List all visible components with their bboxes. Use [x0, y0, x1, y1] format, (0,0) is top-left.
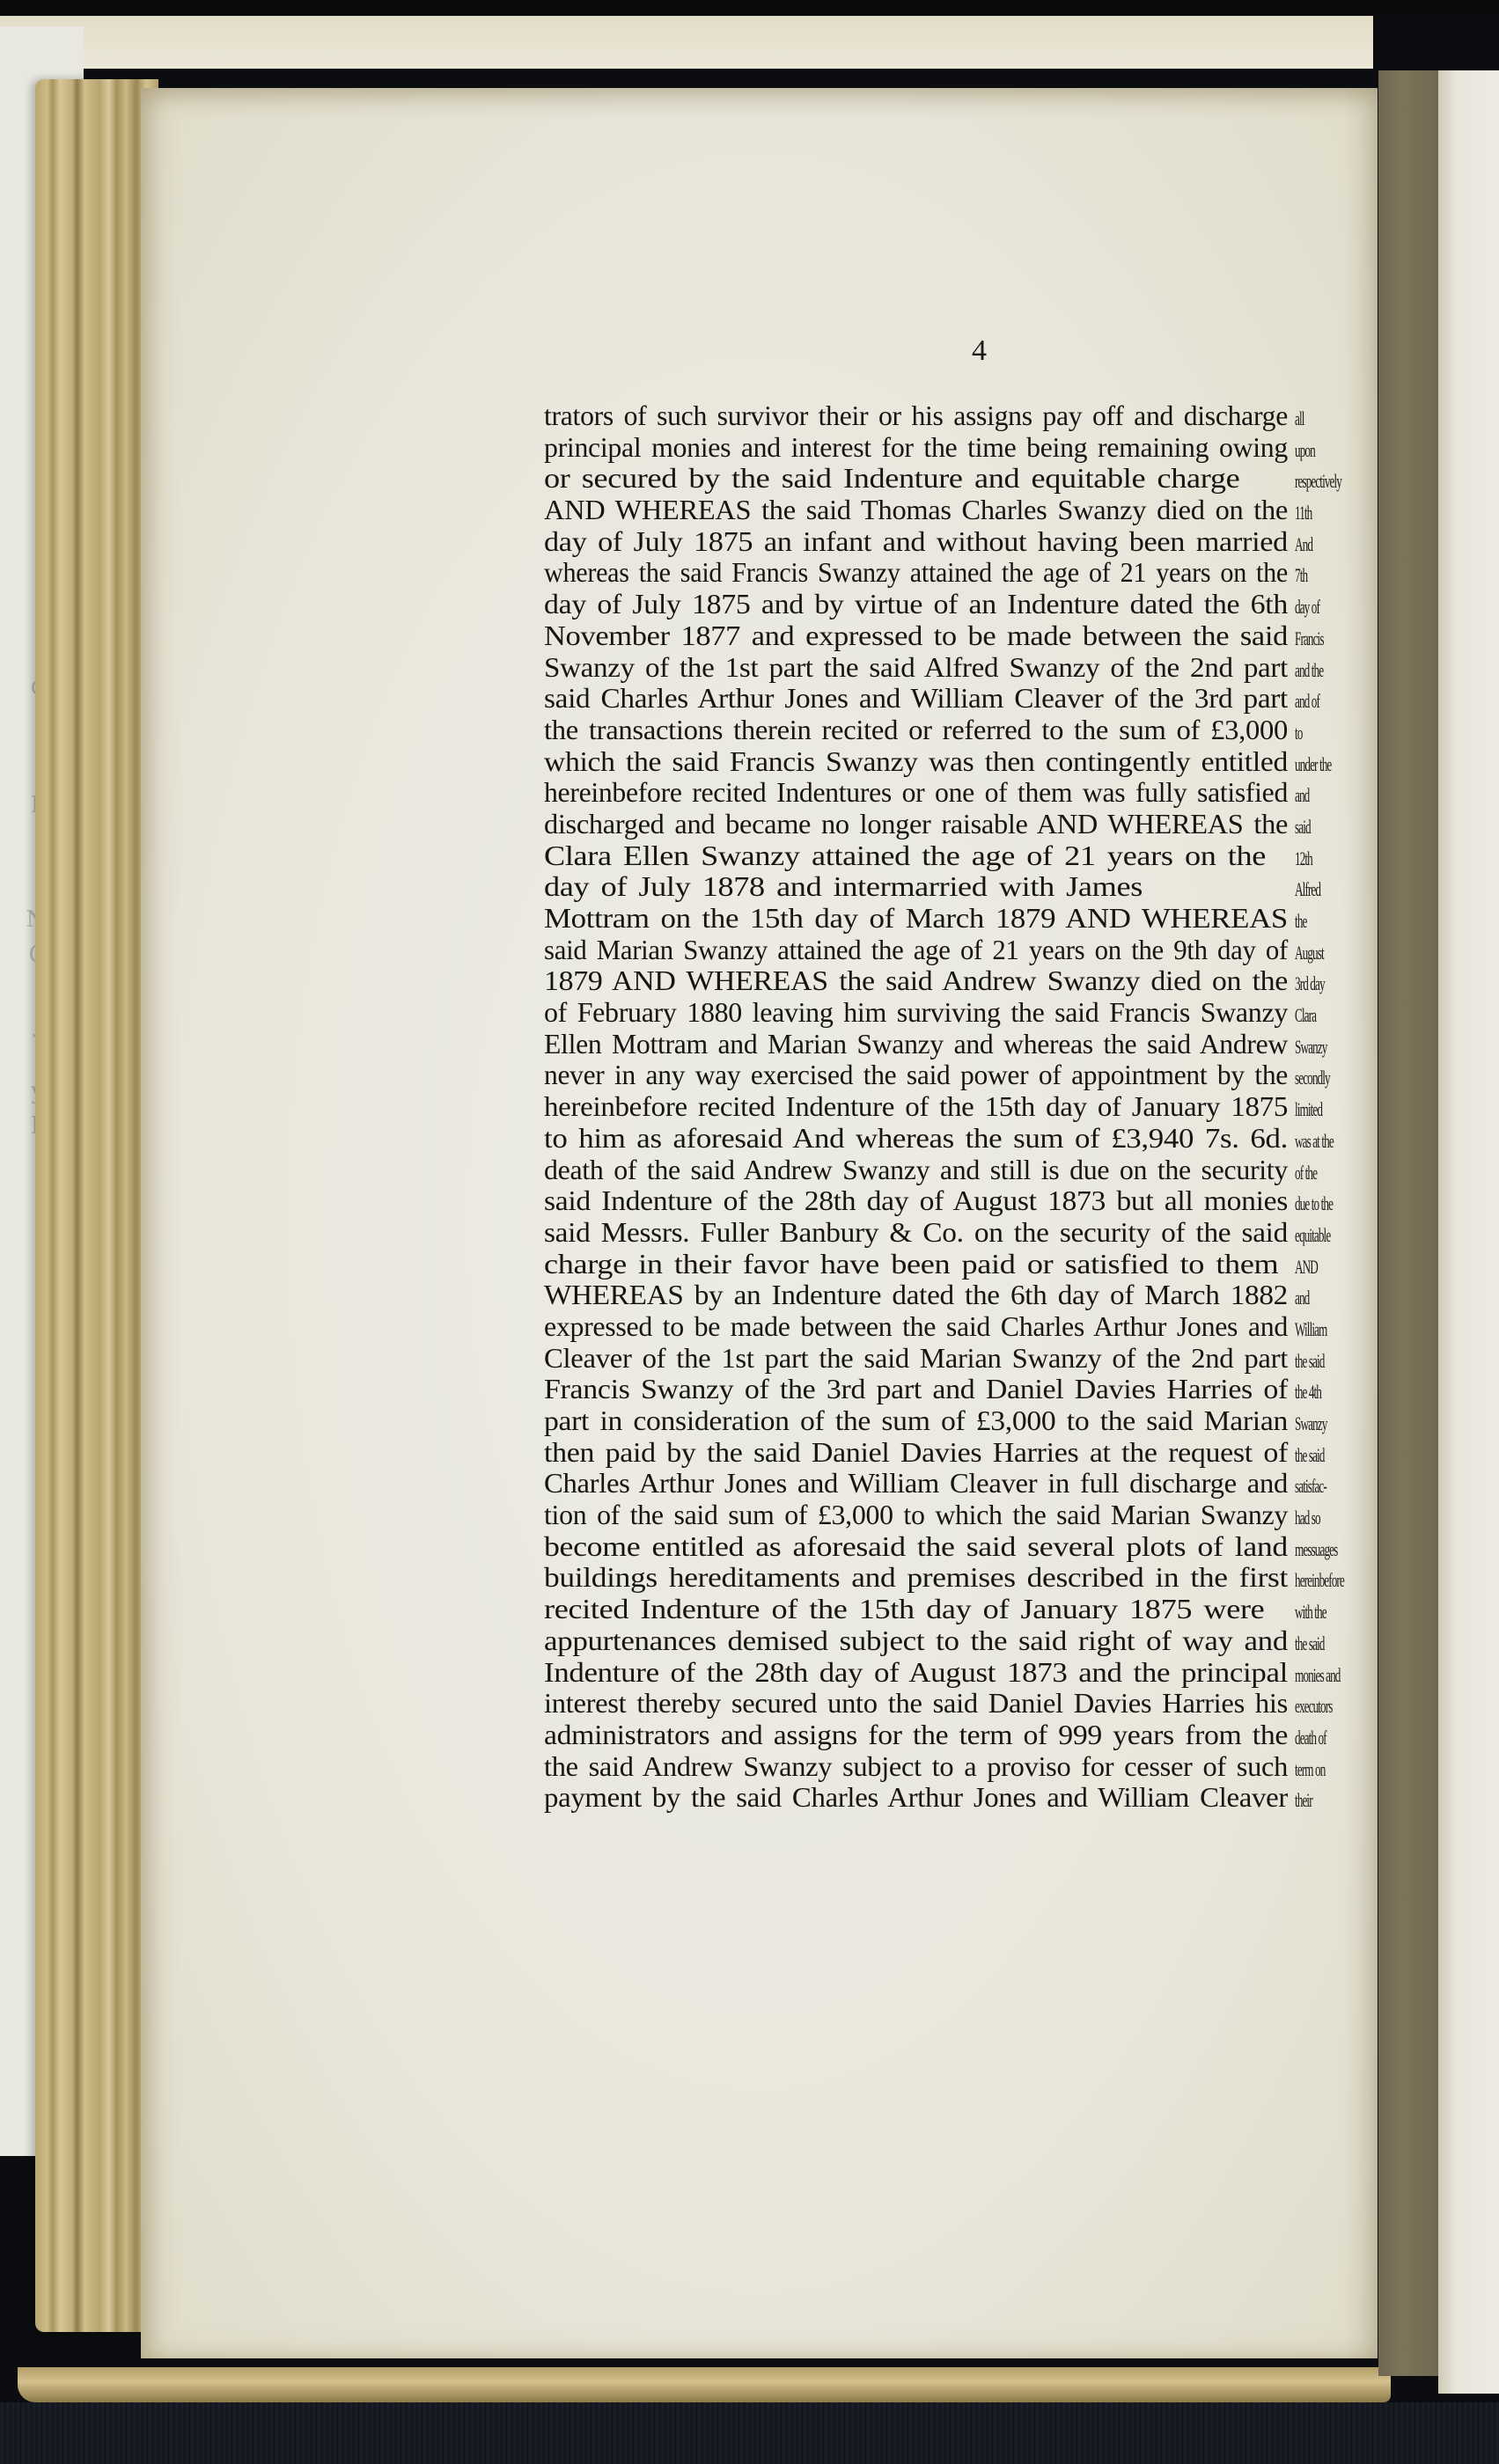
line-gutter-text: limited [1295, 1098, 1322, 1121]
text-line: appurtenances demised subject to the sai… [544, 1625, 1380, 1657]
line-text: Ellen Mottram and Marian Swanzy and wher… [544, 1029, 1288, 1060]
line-gutter-text: monies and [1295, 1664, 1340, 1687]
line-gutter-text: 3rd day [1295, 972, 1325, 995]
text-line: Cleaver of the 1st part the said Marian … [544, 1343, 1380, 1375]
text-line: November 1877 and expressed to be made b… [544, 620, 1380, 652]
text-line: Charles Arthur Jones and William Cleaver… [544, 1468, 1380, 1500]
text-line: said Charles Arthur Jones and William Cl… [544, 683, 1380, 715]
text-line: tion of the said sum of £3,000 to which … [544, 1500, 1380, 1531]
line-gutter-text: William [1295, 1318, 1326, 1341]
top-page-edge [0, 16, 1373, 69]
line-text: discharged and became no longer raisable… [544, 809, 1288, 840]
line-text: or secured by the said Indenture and equ… [544, 463, 1288, 495]
line-gutter-text: had so [1295, 1507, 1320, 1529]
text-line: said Marian Swanzy attained the age of 2… [544, 935, 1380, 966]
line-gutter-text: hereinbefore [1295, 1569, 1344, 1592]
stacked-page-edges [35, 79, 158, 2332]
text-line: the transactions therein recited or refe… [544, 715, 1380, 746]
text-line: part in consideration of the sum of £3,0… [544, 1405, 1380, 1437]
text-line: Indenture of the 28th day of August 1873… [544, 1657, 1380, 1689]
line-gutter-text: secondly [1295, 1067, 1330, 1089]
text-line: of February 1880 leaving him surviving t… [544, 997, 1380, 1029]
line-gutter-text: said [1295, 816, 1311, 839]
line-gutter-text: Swanzy [1295, 1412, 1326, 1435]
line-gutter-text: August [1295, 942, 1324, 964]
text-line: hereinbefore recited Indenture of the 15… [544, 1091, 1380, 1123]
line-text: payment by the said Charles Arthur Jones… [544, 1782, 1288, 1814]
text-line: Mottram on the 15th day of March 1879 AN… [544, 903, 1380, 935]
text-line: 1879 AND WHEREAS the said Andrew Swanzy … [544, 965, 1380, 997]
line-text: whereas the said Francis Swanzy attained… [544, 557, 1288, 589]
line-gutter-text: AND [1295, 1256, 1318, 1279]
line-text: said Marian Swanzy attained the age of 2… [544, 935, 1288, 966]
text-line: discharged and became no longer raisable… [544, 809, 1380, 840]
line-text: Francis Swanzy of the 3rd part and Danie… [544, 1374, 1288, 1405]
line-text: administrators and assigns for the term … [544, 1720, 1288, 1751]
line-gutter-text: and [1295, 1287, 1309, 1309]
line-text: expressed to be made between the said Ch… [544, 1311, 1288, 1343]
line-text: tion of the said sum of £3,000 to which … [544, 1500, 1288, 1531]
text-line: recited Indenture of the 15th day of Jan… [544, 1594, 1380, 1625]
line-text: Cleaver of the 1st part the said Marian … [544, 1343, 1288, 1375]
line-text: the transactions therein recited or refe… [544, 715, 1288, 746]
line-text: which the said Francis Swanzy was then c… [544, 746, 1288, 778]
line-text: hereinbefore recited Indentures or one o… [544, 777, 1288, 809]
line-gutter-text: the said [1295, 1350, 1324, 1373]
bottom-page-edges [18, 2367, 1391, 2402]
line-text: day of July 1875 an infant and without h… [544, 526, 1288, 558]
line-text: become entitled as aforesaid the said se… [544, 1531, 1288, 1563]
line-text: to him as aforesaid And whereas the sum … [544, 1123, 1288, 1155]
text-line: Ellen Mottram and Marian Swanzy and wher… [544, 1029, 1380, 1060]
line-text: recited Indenture of the 15th day of Jan… [544, 1594, 1288, 1625]
book-cover-cloth [0, 2402, 1499, 2464]
line-gutter-text: under the [1295, 753, 1331, 776]
document-body: trators of such survivor their or his as… [544, 400, 1380, 1814]
line-gutter-text: the [1295, 910, 1306, 933]
line-gutter-text: the said [1295, 1444, 1324, 1467]
text-line: Clara Ellen Swanzy attained the age of 2… [544, 840, 1380, 872]
line-text: death of the said Andrew Swanzy and stil… [544, 1155, 1288, 1186]
text-line: Swanzy of the 1st part the said Alfred S… [544, 652, 1380, 684]
line-text: AND WHEREAS the said Thomas Charles Swan… [544, 495, 1288, 526]
text-line: charge in their favor have been paid or … [544, 1249, 1380, 1280]
line-text: of February 1880 leaving him surviving t… [544, 997, 1288, 1029]
line-text: day of July 1878 and intermarried with J… [544, 871, 1288, 903]
line-gutter-text: 12th [1295, 847, 1312, 870]
line-text: never in any way exercised the said powe… [544, 1060, 1288, 1091]
line-gutter-text: of the [1295, 1162, 1317, 1184]
line-gutter-text: the said [1295, 1632, 1324, 1655]
line-gutter-text: with the [1295, 1601, 1326, 1624]
line-gutter-text: the 4th [1295, 1381, 1321, 1404]
line-text: said Charles Arthur Jones and William Cl… [544, 683, 1288, 715]
line-text: day of July 1875 and by virtue of an Ind… [544, 589, 1288, 620]
line-gutter-text: Francis [1295, 627, 1324, 650]
line-text: said Indenture of the 28th day of August… [544, 1185, 1288, 1217]
text-line: which the said Francis Swanzy was then c… [544, 746, 1380, 778]
line-gutter-text: due to the [1295, 1192, 1333, 1215]
page-number: 4 [972, 334, 987, 368]
text-line: buildings hereditaments and premises des… [544, 1562, 1380, 1594]
line-gutter-text: their [1295, 1789, 1312, 1812]
text-line: said Messrs. Fuller Banbury & Co. on the… [544, 1217, 1380, 1249]
line-text: hereinbefore recited Indenture of the 15… [544, 1091, 1288, 1123]
book-scan: ed I, IpsedStren, EdenttheDivethen usNNE… [0, 0, 1499, 2464]
text-line: administrators and assigns for the term … [544, 1720, 1380, 1751]
text-line: become entitled as aforesaid the said se… [544, 1531, 1380, 1563]
text-line: day of July 1875 an infant and without h… [544, 526, 1380, 558]
text-line: day of July 1875 and by virtue of an Ind… [544, 589, 1380, 620]
line-gutter-text: and the [1295, 659, 1323, 682]
text-line: Francis Swanzy of the 3rd part and Danie… [544, 1374, 1380, 1405]
book-gutter-shadow [1378, 70, 1438, 2376]
line-text: part in consideration of the sum of £3,0… [544, 1405, 1288, 1437]
line-gutter-text: was at the [1295, 1130, 1334, 1153]
line-text: principal monies and interest for the ti… [544, 432, 1288, 464]
line-gutter-text: upon [1295, 439, 1315, 462]
line-gutter-text: all [1295, 407, 1304, 430]
text-line: then paid by the said Daniel Davies Harr… [544, 1437, 1380, 1469]
line-gutter-text: 11th [1295, 502, 1312, 524]
text-line: said Indenture of the 28th day of August… [544, 1185, 1380, 1217]
line-text: Clara Ellen Swanzy attained the age of 2… [544, 840, 1288, 872]
text-line: interest thereby secured unto the said D… [544, 1688, 1380, 1720]
line-gutter-text: and of [1295, 690, 1319, 713]
line-gutter-text: And [1295, 533, 1312, 556]
text-line: or secured by the said Indenture and equ… [544, 463, 1380, 495]
line-text: trators of such survivor their or his as… [544, 400, 1288, 432]
text-line: to him as aforesaid And whereas the sum … [544, 1123, 1380, 1155]
text-line: expressed to be made between the said Ch… [544, 1311, 1380, 1343]
line-text: said Messrs. Fuller Banbury & Co. on the… [544, 1217, 1288, 1249]
text-line: trators of such survivor their or his as… [544, 400, 1380, 432]
line-text: buildings hereditaments and premises des… [544, 1562, 1288, 1594]
line-gutter-text: messuages [1295, 1538, 1337, 1561]
line-text: WHEREAS by an Indenture dated the 6th da… [544, 1280, 1288, 1311]
line-text: Indenture of the 28th day of August 1873… [544, 1657, 1288, 1689]
line-gutter-text: day of [1295, 596, 1319, 619]
line-text: Mottram on the 15th day of March 1879 AN… [544, 903, 1288, 935]
line-gutter-text: to [1295, 722, 1302, 744]
line-gutter-text: equitable [1295, 1224, 1330, 1247]
line-gutter-text: Swanzy [1295, 1036, 1326, 1059]
line-gutter-text: Clara [1295, 1004, 1316, 1027]
text-line: death of the said Andrew Swanzy and stil… [544, 1155, 1380, 1186]
text-line: the said Andrew Swanzy subject to a prov… [544, 1751, 1380, 1783]
line-text: 1879 AND WHEREAS the said Andrew Swanzy … [544, 965, 1288, 997]
line-text: Swanzy of the 1st part the said Alfred S… [544, 652, 1288, 684]
line-text: November 1877 and expressed to be made b… [544, 620, 1288, 652]
line-gutter-text: Alfred [1295, 878, 1320, 901]
text-line: WHEREAS by an Indenture dated the 6th da… [544, 1280, 1380, 1311]
line-gutter-text: satisfac- [1295, 1475, 1326, 1498]
line-gutter-text: and [1295, 784, 1309, 807]
text-line: day of July 1878 and intermarried with J… [544, 871, 1380, 903]
line-gutter-text: term on [1295, 1758, 1325, 1781]
text-line: never in any way exercised the said powe… [544, 1060, 1380, 1091]
text-line: payment by the said Charles Arthur Jones… [544, 1782, 1380, 1814]
line-text: Charles Arthur Jones and William Cleaver… [544, 1468, 1288, 1500]
line-text: then paid by the said Daniel Davies Harr… [544, 1437, 1288, 1469]
line-text: the said Andrew Swanzy subject to a prov… [544, 1751, 1288, 1783]
line-text: appurtenances demised subject to the sai… [544, 1625, 1288, 1657]
text-line: principal monies and interest for the ti… [544, 432, 1380, 464]
line-gutter-text: 7th [1295, 564, 1307, 587]
line-gutter-text: death of [1295, 1727, 1326, 1749]
text-line: whereas the said Francis Swanzy attained… [544, 557, 1380, 589]
text-line: AND WHEREAS the said Thomas Charles Swan… [544, 495, 1380, 526]
line-text: charge in their favor have been paid or … [544, 1249, 1288, 1280]
text-line: hereinbefore recited Indentures or one o… [544, 777, 1380, 809]
facing-page-sliver [1438, 70, 1499, 2394]
line-text: interest thereby secured unto the said D… [544, 1688, 1288, 1720]
line-gutter-text: respectively [1295, 470, 1341, 493]
line-gutter-text: executors [1295, 1695, 1332, 1718]
